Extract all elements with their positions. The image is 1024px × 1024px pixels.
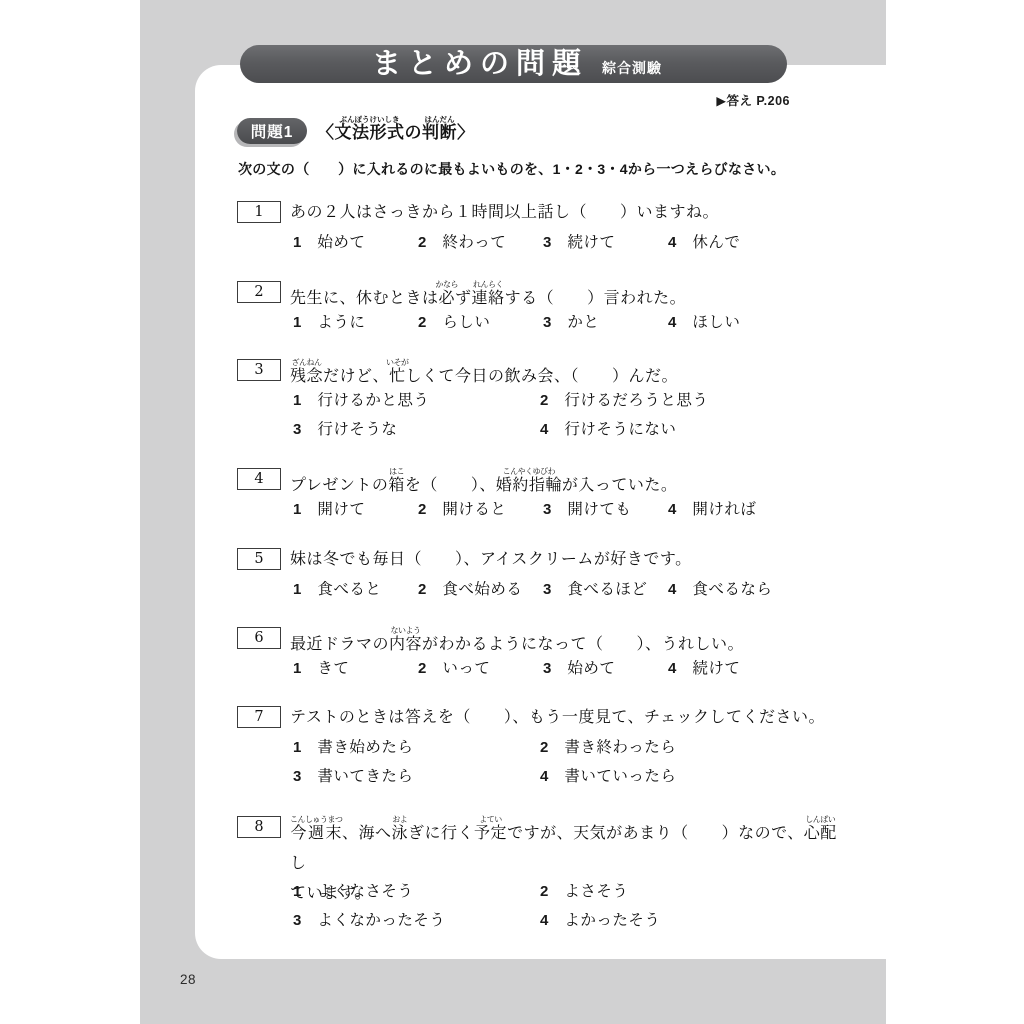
question-number-box: 7 [237, 706, 281, 728]
option-4: 4行けそうにない [540, 418, 676, 441]
option-row-group: 1ように2らしい3かと4ほしい [293, 311, 845, 334]
option-number: 4 [540, 765, 548, 788]
option-text: よかったそう [564, 909, 660, 932]
option-text: 終わって [442, 231, 506, 254]
option-text: 開けて [317, 498, 365, 521]
option-row-group: 1きて2いって3始めて4続けて [293, 657, 845, 680]
option-number: 2 [418, 231, 426, 254]
option-text: 書き始めたら [317, 736, 413, 759]
question-number-box: 8 [237, 816, 281, 838]
option-number: 1 [293, 736, 301, 759]
question-1: 1あの２人はさっきから１時間以上話し（ ）いますね。1始めて2終わって3続けて4… [237, 200, 845, 254]
option-number: 2 [540, 389, 548, 412]
option-text: ように [317, 311, 365, 334]
option-number: 1 [293, 657, 301, 680]
option-1: 1行けるかと思う [293, 389, 540, 412]
chapter-banner: まとめの問題 綜合測驗 [240, 45, 787, 83]
option-number: 3 [543, 231, 551, 254]
question-number-box: 3 [237, 359, 281, 381]
option-text: 行けそうにない [564, 418, 676, 441]
question-number-box: 5 [237, 548, 281, 570]
option-2: 2食べ始める [418, 578, 543, 601]
option-text: よくなさそう [317, 880, 413, 903]
banner-subtitle: 綜合測驗 [602, 58, 662, 78]
option-text: よさそう [564, 880, 628, 903]
option-text: 始めて [317, 231, 365, 254]
option-number: 1 [293, 880, 301, 903]
option-text: 休んで [692, 231, 740, 254]
option-2: 2終わって [418, 231, 543, 254]
option-number: 4 [540, 909, 548, 932]
option-3: 3続けて [543, 231, 668, 254]
option-text: 書いていったら [564, 765, 676, 788]
option-text: 食べるなら [692, 578, 772, 601]
option-number: 2 [418, 498, 426, 521]
option-4: 4休んで [668, 231, 740, 254]
option-text: 行けそうな [317, 418, 397, 441]
option-text: よくなかったそう [317, 909, 445, 932]
question-8: 8今週末こんしゅうまつ、海へ泳およぎに行く予定よていですが、天気があまり（ ）な… [237, 815, 845, 932]
option-text: 続けて [692, 657, 740, 680]
option-4: 4続けて [668, 657, 740, 680]
banner-title: まとめの問題 [365, 50, 588, 79]
option-number: 3 [293, 765, 301, 788]
option-4: 4書いていったら [540, 765, 676, 788]
option-number: 4 [668, 657, 676, 680]
option-row-group: 1書き始めたら2書き終わったら3書いてきたら4書いていったら [293, 736, 845, 788]
option-2: 2行けるだろうと思う [540, 389, 708, 412]
section-heading: 〈文法形式ぶんぽうけいしきの判断はんだん〉 [317, 115, 475, 144]
option-number: 3 [543, 578, 551, 601]
question-text: 妹は冬でも毎日（ ）、アイスクリームが好きです。 [290, 547, 692, 571]
option-2: 2よさそう [540, 880, 628, 903]
option-number: 1 [293, 578, 301, 601]
option-text: らしい [442, 311, 490, 334]
option-1: 1食べると [293, 578, 418, 601]
question-text: 先生に、休むときは必かならず連絡れんらくする（ ）言われた。 [290, 280, 686, 310]
option-3: 3開けても [543, 498, 668, 521]
option-row-group: 1始めて2終わって3続けて4休んで [293, 231, 845, 254]
instruction-text: 次の文の（ ）に入れるのに最もよいものを、1・2・3・4から一つえらびなさい。 [238, 159, 785, 179]
option-text: 開ければ [692, 498, 756, 521]
option-1: 1開けて [293, 498, 418, 521]
question-number-box: 4 [237, 468, 281, 490]
question-4: 4プレゼントの箱はこを（ ）、婚約指輪こんやくゆびわが入っていた。1開けて2開け… [237, 467, 845, 521]
option-text: きて [317, 657, 349, 680]
option-number: 3 [293, 909, 301, 932]
question-number-box: 6 [237, 627, 281, 649]
option-1: 1始めて [293, 231, 418, 254]
answer-page-reference: ▶答え P.206 [716, 91, 790, 109]
question-6: 6最近ドラマの内容ないようがわかるようになって（ ）、うれしい。1きて2いって3… [237, 626, 845, 680]
option-number: 2 [540, 880, 548, 903]
section-head: 問題1 〈文法形式ぶんぽうけいしきの判断はんだん〉 [237, 116, 475, 144]
option-text: 続けて [567, 231, 615, 254]
option-3: 3かと [543, 311, 668, 334]
option-text: かと [567, 311, 599, 334]
question-text: あの２人はさっきから１時間以上話し（ ）いますね。 [290, 200, 719, 224]
page-number: 28 [180, 972, 196, 987]
option-row-group: 1開けて2開けると3開けても4開ければ [293, 498, 845, 521]
option-text: 書いてきたら [317, 765, 413, 788]
option-text: 行けるだろうと思う [564, 389, 708, 412]
option-number: 1 [293, 311, 301, 334]
question-3: 3残念ざんねんだけど、忙いそがしくて今日の飲み会、（ ）んだ。1行けるかと思う2… [237, 358, 845, 441]
option-3: 3始めて [543, 657, 668, 680]
question-7: 7テストのときは答えを（ ）、もう一度見て、チェックしてください。1書き始めたら… [237, 705, 845, 788]
problem-badge: 問題1 [237, 118, 307, 144]
option-number: 1 [293, 389, 301, 412]
option-text: 書き終わったら [564, 736, 676, 759]
option-text: 始めて [567, 657, 615, 680]
option-text: 食べ始める [442, 578, 522, 601]
option-3: 3書いてきたら [293, 765, 540, 788]
option-number: 3 [543, 498, 551, 521]
option-1: 1きて [293, 657, 418, 680]
option-text: ほしい [692, 311, 740, 334]
option-1: 1書き始めたら [293, 736, 540, 759]
option-text: 食べるほど [567, 578, 647, 601]
option-text: 食べると [317, 578, 381, 601]
option-2: 2いって [418, 657, 543, 680]
option-number: 4 [668, 578, 676, 601]
scanned-textbook-page: { "colors": { "band_gray": "#d1d1d2", "b… [0, 0, 1024, 1024]
option-text: いって [442, 657, 490, 680]
content-page: 問題1 〈文法形式ぶんぽうけいしきの判断はんだん〉 次の文の（ ）に入れるのに最… [195, 65, 886, 959]
option-2: 2らしい [418, 311, 543, 334]
option-text: 行けるかと思う [317, 389, 429, 412]
option-3: 3行けそうな [293, 418, 540, 441]
question-2: 2先生に、休むときは必かならず連絡れんらくする（ ）言われた。1ように2らしい3… [237, 280, 845, 334]
option-number: 3 [543, 311, 551, 334]
option-row-group: 1行けるかと思う2行けるだろうと思う3行けそうな4行けそうにない [293, 389, 845, 441]
option-row-group: 1食べると2食べ始める3食べるほど4食べるなら [293, 578, 845, 601]
option-number: 4 [668, 231, 676, 254]
option-number: 2 [418, 657, 426, 680]
option-number: 3 [543, 657, 551, 680]
option-2: 2開けると [418, 498, 543, 521]
option-4: 4開ければ [668, 498, 756, 521]
question-number-box: 2 [237, 281, 281, 303]
option-number: 4 [668, 498, 676, 521]
option-1: 1よくなさそう [293, 880, 540, 903]
option-3: 3よくなかったそう [293, 909, 540, 932]
option-number: 2 [418, 578, 426, 601]
option-3: 3食べるほど [543, 578, 668, 601]
option-text: 開けても [567, 498, 631, 521]
option-number: 1 [293, 231, 301, 254]
option-4: 4食べるなら [668, 578, 772, 601]
option-2: 2書き終わったら [540, 736, 676, 759]
option-1: 1ように [293, 311, 418, 334]
option-number: 4 [540, 418, 548, 441]
question-text: プレゼントの箱はこを（ ）、婚約指輪こんやくゆびわが入っていた。 [290, 467, 677, 497]
question-text: 最近ドラマの内容ないようがわかるようになって（ ）、うれしい。 [290, 626, 744, 656]
question-text: テストのときは答えを（ ）、もう一度見て、チェックしてください。 [290, 705, 825, 729]
option-number: 1 [293, 498, 301, 521]
option-number: 3 [293, 418, 301, 441]
question-5: 5妹は冬でも毎日（ ）、アイスクリームが好きです。1食べると2食べ始める3食べる… [237, 547, 845, 601]
option-number: 2 [418, 311, 426, 334]
option-number: 4 [668, 311, 676, 334]
question-text: 残念ざんねんだけど、忙いそがしくて今日の飲み会、（ ）んだ。 [290, 358, 678, 388]
option-text: 開けると [442, 498, 506, 521]
option-number: 2 [540, 736, 548, 759]
option-4: 4よかったそう [540, 909, 660, 932]
question-number-box: 1 [237, 201, 281, 223]
option-4: 4ほしい [668, 311, 740, 334]
